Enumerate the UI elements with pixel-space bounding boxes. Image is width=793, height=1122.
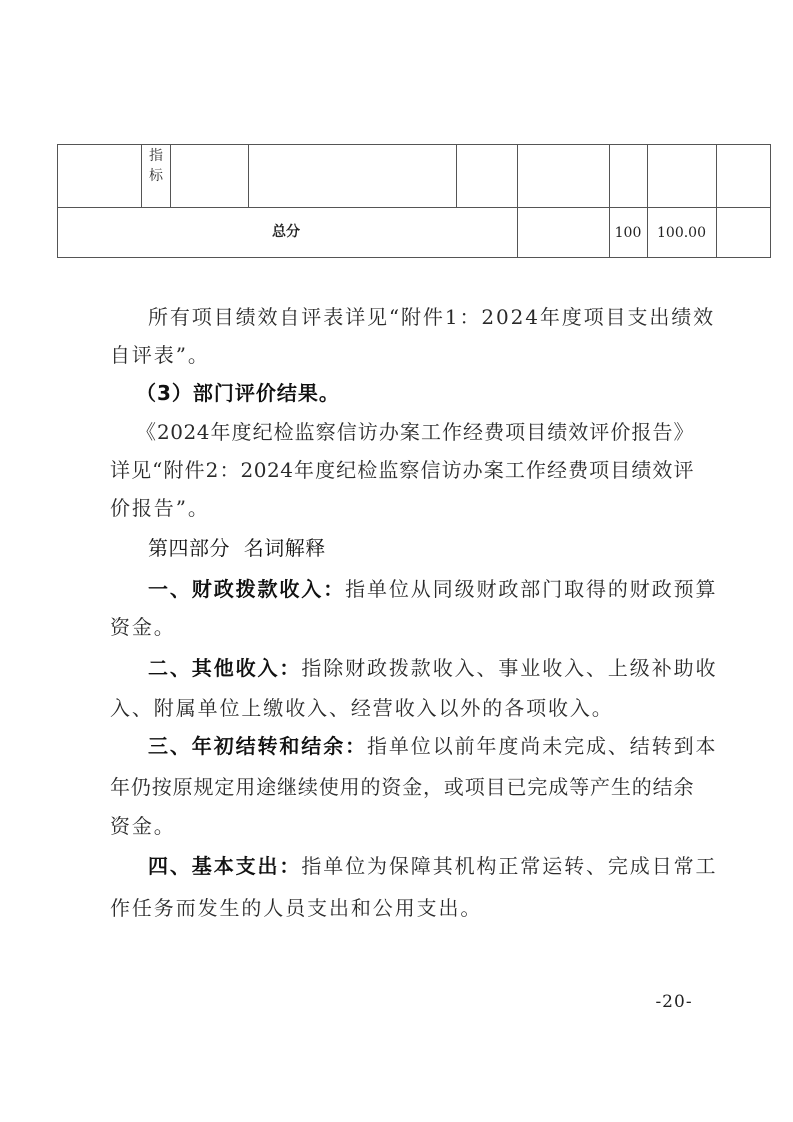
paragraph-line: 所有项目绩效自评表详见“附件1：2024年度项目支出绩效	[148, 305, 694, 329]
indicator-char: 标	[148, 166, 164, 186]
table-row-divider	[57, 207, 770, 208]
document-page: 指 标 总分 100 100.00 所有项目绩效自评表详见“附件1：2024年度…	[0, 0, 793, 1122]
term-definition-line: 三、年初结转和结余：指单位以前年度尚未完成、结转到本	[148, 734, 694, 758]
table-col-divider	[517, 144, 518, 258]
term-definition: 指单位以前年度尚未完成、结转到本	[367, 734, 717, 758]
paragraph-line: 资金。	[110, 814, 694, 838]
term-definition: 指单位从同级财政部门取得的财政预算	[345, 577, 717, 601]
paragraph-line: 详见“附件2：2024年度纪检监察信访办案工作经费项目绩效评	[110, 458, 694, 482]
term-label: 三、年初结转和结余：	[148, 734, 367, 758]
indicator-label: 指 标	[148, 146, 164, 186]
total-weight-value: 100	[609, 226, 647, 240]
table-col-divider	[170, 144, 171, 207]
section-title: 第四部分 名词解释	[148, 536, 732, 560]
table-col-divider	[141, 144, 142, 207]
table-col-divider	[716, 144, 717, 258]
table-col-divider	[647, 144, 648, 258]
table-top-border	[57, 144, 770, 145]
term-definition-line: 四、基本支出：指单位为保障其机构正常运转、完成日常工	[148, 854, 694, 878]
page-number: -20-	[648, 992, 700, 1012]
term-label: 四、基本支出：	[148, 854, 301, 878]
term-definition: 指除财政拨款收入、事业收入、上级补助收	[301, 656, 717, 680]
subsection-heading: （3）部门评价结果。	[136, 381, 720, 405]
table-col-divider	[609, 144, 610, 258]
paragraph-line: 《2024年度纪检监察信访办案工作经费项目绩效评价报告》	[136, 420, 694, 444]
term-definition: 指单位为保障其机构正常运转、完成日常工	[301, 854, 717, 878]
table-bottom-border	[57, 257, 770, 258]
paragraph-line: 年仍按原规定用途继续使用的资金，或项目已完成等产生的结余	[110, 775, 694, 799]
paragraph-line: 价报告”。	[110, 496, 694, 520]
table-left-border	[57, 144, 58, 258]
total-score-value: 100.00	[647, 226, 716, 240]
table-right-border	[770, 144, 771, 258]
table-col-divider	[456, 144, 457, 207]
term-definition-line: 二、其他收入：指除财政拨款收入、事业收入、上级补助收	[148, 656, 694, 680]
term-label: 二、其他收入：	[148, 656, 301, 680]
term-definition-line: 一、财政拨款收入：指单位从同级财政部门取得的财政预算	[148, 577, 694, 601]
paragraph-line: 自评表”。	[110, 343, 694, 367]
indicator-char: 指	[148, 146, 164, 166]
paragraph-line: 入、附属单位上缴收入、经营收入以外的各项收入。	[110, 696, 694, 720]
performance-score-table: 指 标 总分 100 100.00	[57, 144, 770, 257]
total-score-label: 总分	[272, 225, 300, 239]
paragraph-line: 作任务而发生的人员支出和公用支出。	[110, 896, 694, 920]
paragraph-line: 资金。	[110, 615, 694, 639]
term-label: 一、财政拨款收入：	[148, 577, 345, 601]
table-col-divider	[248, 144, 249, 207]
